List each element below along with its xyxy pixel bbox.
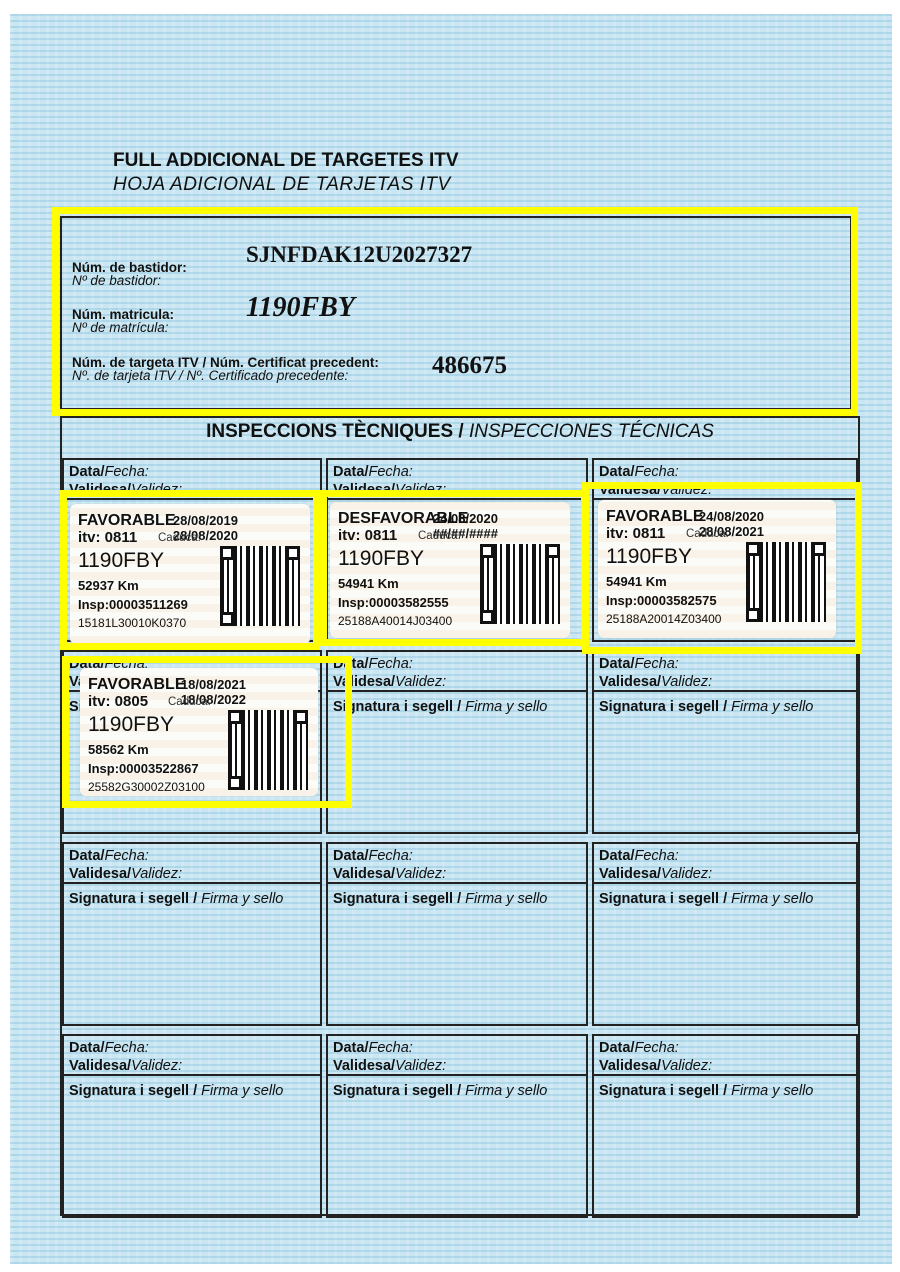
cell-header: Data/Fecha:Validesa/Validez: [64, 844, 320, 884]
sticker-code: 25188A20014Z03400 [606, 612, 721, 626]
inspections-title-es: INSPECCIONES TÉCNICAS [469, 421, 714, 442]
sticker-km: 54941 Km [338, 576, 399, 591]
date-label-es: Fecha: [634, 464, 678, 480]
validity-label-ca: Validesa [69, 482, 127, 498]
date-label-ca: Data [69, 1040, 100, 1056]
date-label: Data/Fecha: [333, 655, 581, 673]
signature-label-es: Firma y sello [465, 891, 547, 907]
validity-label: Validesa/Validez: [333, 1057, 581, 1075]
sticker-caduca-label: Caduca: [418, 530, 461, 542]
date-label-es: Fecha: [368, 1040, 412, 1056]
date-label: Data/Fecha: [599, 1039, 851, 1057]
date-label-ca: Data [599, 1040, 630, 1056]
date-label: Data/Fecha: [69, 463, 315, 481]
sticker-code: 25188A40014J03400 [338, 614, 452, 628]
cell-header: Data/Fecha:Validesa/Validez: [328, 1036, 586, 1076]
sticker-date: 18/08/2021 [181, 677, 246, 692]
signature-label-es: Firma y sello [731, 699, 813, 715]
cell-header: Data/Fecha:Validesa/Validez: [594, 1036, 856, 1076]
date-label-es: Fecha: [104, 1040, 148, 1056]
date-label-ca: Data [69, 464, 100, 480]
sticker-itv-station: itv: 0811 [606, 525, 665, 542]
validity-label-es: Validez: [661, 1058, 712, 1074]
cell-header: Data/Fecha:Validesa/Validez: [594, 460, 856, 500]
date-label-es: Fecha: [104, 848, 148, 864]
validity-label-ca: Validesa [333, 674, 391, 690]
validity-label: Validesa/Validez: [599, 481, 851, 499]
date-label-es: Fecha: [368, 656, 412, 672]
inspection-cell: Data/Fecha:Validesa/Validez:Signatura i … [326, 842, 588, 1026]
title-spanish: HOJA ADICIONAL DE TARJETAS ITV [113, 174, 451, 196]
sticker-plate: 1190FBY [338, 547, 424, 571]
signature-label: Signatura i segell / Firma y sello [69, 1083, 283, 1099]
validity-label: Validesa/Validez: [599, 865, 851, 883]
sticker-caduca-label: Caduca: [168, 696, 211, 708]
date-label: Data/Fecha: [599, 463, 851, 481]
sticker-code: 25582G30002Z03100 [88, 780, 205, 794]
sticker-km: 54941 Km [606, 574, 667, 589]
validity-label-es: Validez: [131, 1058, 182, 1074]
signature-label-ca: Signatura i segell [599, 1083, 719, 1099]
itv-sticker: FAVORABLE24/08/202028/08/2021itv: 0811Ca… [598, 500, 836, 638]
date-label-ca: Data [333, 464, 364, 480]
date-label-es: Fecha: [634, 848, 678, 864]
sticker-caduca-label: Caduca: [158, 532, 201, 544]
validity-label-ca: Validesa [333, 482, 391, 498]
cell-header: Data/Fecha:Validesa/Validez: [594, 652, 856, 692]
signature-label-es: Firma y sello [731, 891, 813, 907]
validity-label: Validesa/Validez: [69, 865, 315, 883]
vin-label-es: Nº de bastidor: [72, 273, 187, 288]
sticker-itv-station: itv: 0811 [338, 527, 397, 544]
signature-label-es: Firma y sello [201, 891, 283, 907]
inspection-cell: Data/Fecha:Validesa/Validez:Signatura i … [592, 1034, 858, 1218]
date-label-ca: Data [333, 848, 364, 864]
signature-label-ca: Signatura i segell [333, 891, 453, 907]
sticker-insp-number: Insp:00003522867 [88, 761, 199, 776]
date-label-ca: Data [599, 464, 630, 480]
card-label: Núm. de targeta ITV / Núm. Certificat pr… [72, 355, 434, 383]
cell-header: Data/Fecha:Validesa/Validez: [64, 460, 320, 500]
signature-label-ca: Signatura i segell [599, 891, 719, 907]
sticker-date: 24/08/2020 [433, 511, 498, 526]
validity-label: Validesa/Validez: [599, 1057, 851, 1075]
itv-sticker: DESFAVORABLE24/08/2020##/##/####itv: 081… [330, 502, 570, 638]
inspection-cell: Data/Fecha:Validesa/Validez:Signatura i … [62, 842, 322, 1026]
validity-label-es: Validez: [395, 866, 446, 882]
date-label: Data/Fecha: [599, 655, 851, 673]
inspection-cell: Data/Fecha:Validesa/Validez:Signatura i … [592, 650, 858, 834]
title-catalan: FULL ADDICIONAL DE TARGETES ITV [113, 150, 459, 172]
cell-header: Data/Fecha:Validesa/Validez: [328, 460, 586, 500]
plate-label-es: Nº de matrícula: [72, 320, 174, 335]
validity-label-ca: Validesa [333, 866, 391, 882]
validity-label-es: Validez: [395, 482, 446, 498]
sticker-caduca-label: Caduca: [686, 528, 729, 540]
sticker-insp-number: Insp:00003511269 [78, 597, 188, 612]
validity-label: Validesa/Validez: [69, 481, 315, 499]
validity-label-ca: Validesa [599, 674, 657, 690]
sticker-itv-station: itv: 0811 [78, 529, 137, 546]
validity-label: Validesa/Validez: [69, 1057, 315, 1075]
signature-label-es: Firma y sello [201, 1083, 283, 1099]
validity-label-ca: Validesa [333, 1058, 391, 1074]
date-label-ca: Data [599, 656, 630, 672]
validity-label-es: Validez: [661, 482, 712, 498]
sticker-insp-number: Insp:00003582555 [338, 595, 449, 610]
signature-label: Signatura i segell / Firma y sello [333, 1083, 547, 1099]
sticker-date: 28/08/2019 [173, 513, 238, 528]
date-label: Data/Fecha: [333, 1039, 581, 1057]
sticker-plate: 1190FBY [78, 549, 164, 573]
signature-label: Signatura i segell / Firma y sello [69, 891, 283, 907]
card-value: 486675 [432, 352, 507, 380]
plate-value: 1190FBY [246, 292, 355, 324]
validity-label-ca: Validesa [599, 866, 657, 882]
signature-label-es: Firma y sello [731, 1083, 813, 1099]
validity-label: Validesa/Validez: [333, 865, 581, 883]
date-label-ca: Data [333, 656, 364, 672]
cell-header: Data/Fecha:Validesa/Validez: [594, 844, 856, 884]
signature-label: Signatura i segell / Firma y sello [599, 1083, 813, 1099]
sticker-result: FAVORABLE [88, 676, 185, 694]
signature-label-ca: Signatura i segell [333, 1083, 453, 1099]
validity-label-es: Validez: [131, 866, 182, 882]
cell-header: Data/Fecha:Validesa/Validez: [328, 844, 586, 884]
validity-label-es: Validez: [131, 482, 182, 498]
signature-label-es: Firma y sello [465, 1083, 547, 1099]
validity-label: Validesa/Validez: [333, 481, 581, 499]
validity-label-es: Validez: [661, 674, 712, 690]
cell-header: Data/Fecha:Validesa/Validez: [328, 652, 586, 692]
sticker-code: 15181L30010K0370 [78, 616, 186, 630]
date-label-ca: Data [69, 848, 100, 864]
inspections-title: INSPECCIONS TÈCNIQUES / INSPECCIONES TÉC… [60, 421, 860, 443]
sticker-plate: 1190FBY [606, 545, 692, 569]
validity-label: Validesa/Validez: [599, 673, 851, 691]
date-label-es: Fecha: [634, 656, 678, 672]
qr-code-icon [228, 710, 308, 790]
plate-label: Núm. matricula: Nº de matrícula: [72, 307, 174, 335]
inspections-title-sep: / [453, 421, 469, 442]
date-label: Data/Fecha: [333, 463, 581, 481]
inspection-cell: Data/Fecha:Validesa/Validez:Signatura i … [326, 1034, 588, 1218]
date-label-es: Fecha: [104, 464, 148, 480]
itv-sticker: FAVORABLE28/08/201928/08/2020itv: 0811Ca… [70, 504, 310, 644]
validity-label-es: Validez: [395, 674, 446, 690]
date-label-es: Fecha: [634, 1040, 678, 1056]
validity-label: Validesa/Validez: [333, 673, 581, 691]
signature-label-ca: Signatura i segell [333, 699, 453, 715]
inspection-cell: Data/Fecha:Validesa/Validez:Signatura i … [592, 842, 858, 1026]
date-label: Data/Fecha: [69, 1039, 315, 1057]
sticker-date: 24/08/2020 [699, 509, 764, 524]
itv-sticker: FAVORABLE18/08/202118/08/2022itv: 0805Ca… [80, 668, 318, 796]
qr-code-icon [220, 546, 300, 626]
vin-label: Núm. de bastidor: Nº de bastidor: [72, 260, 187, 288]
date-label: Data/Fecha: [599, 847, 851, 865]
sticker-insp-number: Insp:00003582575 [606, 593, 717, 608]
validity-label-ca: Validesa [69, 866, 127, 882]
signature-label: Signatura i segell / Firma y sello [599, 891, 813, 907]
date-label-es: Fecha: [368, 464, 412, 480]
cell-header: Data/Fecha:Validesa/Validez: [64, 1036, 320, 1076]
signature-label: Signatura i segell / Firma y sello [599, 699, 813, 715]
signature-label-ca: Signatura i segell [69, 1083, 189, 1099]
date-label: Data/Fecha: [333, 847, 581, 865]
vin-value: SJNFDAK12U2027327 [246, 242, 472, 268]
date-label-es: Fecha: [368, 848, 412, 864]
date-label-ca: Data [599, 848, 630, 864]
inspection-cell: Data/Fecha:Validesa/Validez:Signatura i … [62, 1034, 322, 1218]
card-label-es: Nº. de tarjeta ITV / Nº. Certificado pre… [72, 368, 434, 383]
date-label-ca: Data [333, 1040, 364, 1056]
validity-label-ca: Validesa [599, 1058, 657, 1074]
signature-label-ca: Signatura i segell [69, 891, 189, 907]
sticker-itv-station: itv: 0805 [88, 693, 148, 710]
signature-label: Signatura i segell / Firma y sello [333, 699, 547, 715]
qr-code-icon [480, 544, 560, 624]
validity-label-ca: Validesa [69, 1058, 127, 1074]
inspections-title-ca: INSPECCIONS TÈCNIQUES [206, 421, 453, 442]
validity-label-es: Validez: [661, 866, 712, 882]
validity-label-ca: Validesa [599, 482, 657, 498]
inspection-cell: Data/Fecha:Validesa/Validez:Signatura i … [326, 650, 588, 834]
sticker-plate: 1190FBY [88, 713, 174, 737]
validity-label-es: Validez: [395, 1058, 446, 1074]
sticker-result: FAVORABLE [78, 512, 175, 530]
signature-label-ca: Signatura i segell [599, 699, 719, 715]
date-label: Data/Fecha: [69, 847, 315, 865]
qr-code-icon [746, 542, 826, 622]
sticker-km: 52937 Km [78, 578, 139, 593]
sticker-km: 58562 Km [88, 742, 149, 757]
sticker-result: FAVORABLE [606, 508, 703, 526]
signature-label: Signatura i segell / Firma y sello [333, 891, 547, 907]
signature-label-es: Firma y sello [465, 699, 547, 715]
